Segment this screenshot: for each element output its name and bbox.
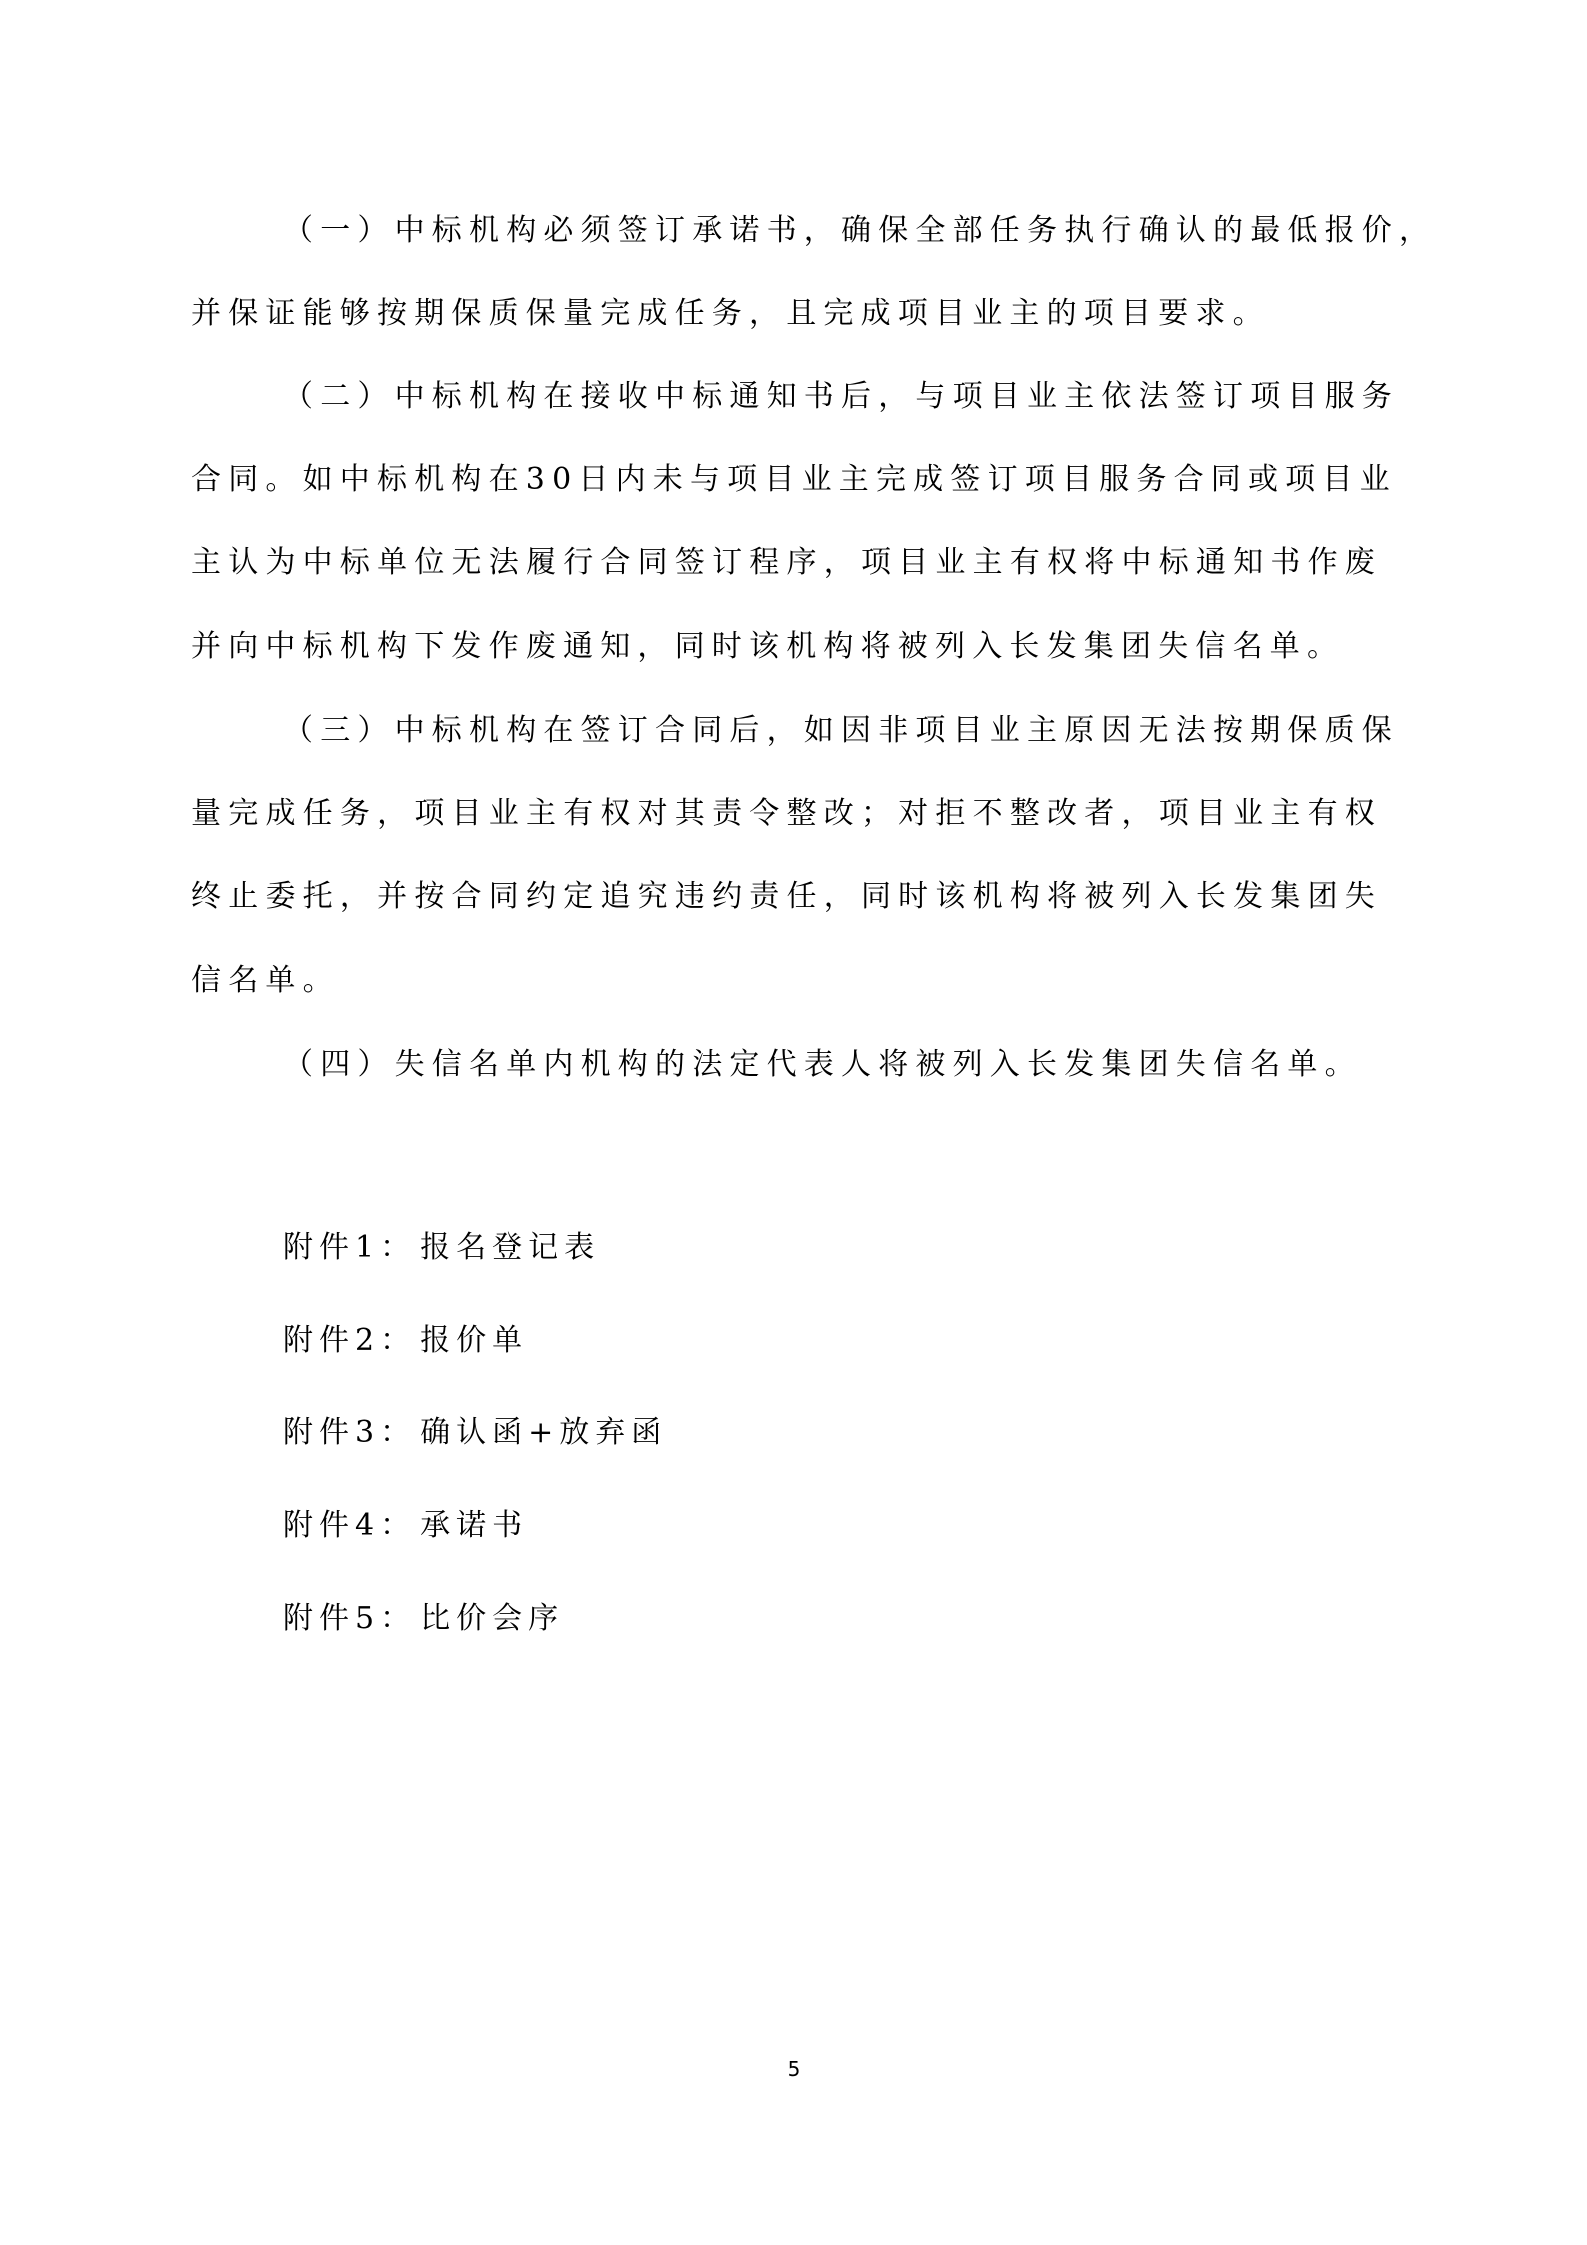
attachment-3: 附件3：确认函+放弃函 — [283, 1413, 667, 1453]
attachment-1: 附件1：报名登记表 — [283, 1228, 600, 1268]
paragraph-3-line-1: （三）中标机构在签订合同后，如因非项目业主原因无法按期保质保 — [283, 711, 1382, 751]
paragraph-3-line-4: 信名单。 — [191, 961, 1382, 1001]
paragraph-3-line-3: 终止委托，并按合同约定追究违约责任，同时该机构将被列入长发集团失 — [191, 877, 1382, 917]
paragraph-1-line-2: 并保证能够按期保质保量完成任务，且完成项目业主的项目要求。 — [191, 294, 1382, 334]
page-number: 5 — [783, 2056, 805, 2082]
paragraph-1-line-1: （一）中标机构必须签订承诺书，确保全部任务执行确认的最低报价， — [283, 211, 1415, 251]
paragraph-2-line-4: 并向中标机构下发作废通知，同时该机构将被列入长发集团失信名单。 — [191, 627, 1382, 667]
document-page: （一）中标机构必须签订承诺书，确保全部任务执行确认的最低报价， 并保证能够按期保… — [0, 0, 1587, 2245]
paragraph-2-line-3: 主认为中标单位无法履行合同签订程序，项目业主有权将中标通知书作废 — [191, 543, 1382, 583]
paragraph-2-line-1: （二）中标机构在接收中标通知书后，与项目业主依法签订项目服务 — [283, 377, 1382, 417]
attachment-label: 附件1： — [283, 1228, 416, 1268]
attachment-title: 承诺书 — [420, 1506, 528, 1546]
paragraph-4-line-1: （四）失信名单内机构的法定代表人将被列入长发集团失信名单。 — [283, 1045, 1382, 1085]
attachment-label: 附件5： — [283, 1599, 416, 1639]
paragraph-3-line-2: 量完成任务，项目业主有权对其责令整改；对拒不整改者，项目业主有权 — [191, 794, 1382, 834]
attachment-label: 附件3： — [283, 1413, 416, 1453]
attachment-title: 报价单 — [420, 1321, 528, 1361]
attachment-title: 报名登记表 — [420, 1228, 600, 1268]
attachment-label: 附件4： — [283, 1506, 416, 1546]
attachment-label: 附件2： — [283, 1321, 416, 1361]
attachment-2: 附件2：报价单 — [283, 1321, 528, 1361]
attachment-title: 确认函+放弃函 — [420, 1413, 667, 1453]
attachment-title: 比价会序 — [420, 1599, 564, 1639]
attachment-4: 附件4：承诺书 — [283, 1506, 528, 1546]
paragraph-2-line-2: 合同。如中标机构在30日内未与项目业主完成签订项目服务合同或项目业 — [191, 460, 1382, 500]
attachment-5: 附件5：比价会序 — [283, 1599, 564, 1639]
